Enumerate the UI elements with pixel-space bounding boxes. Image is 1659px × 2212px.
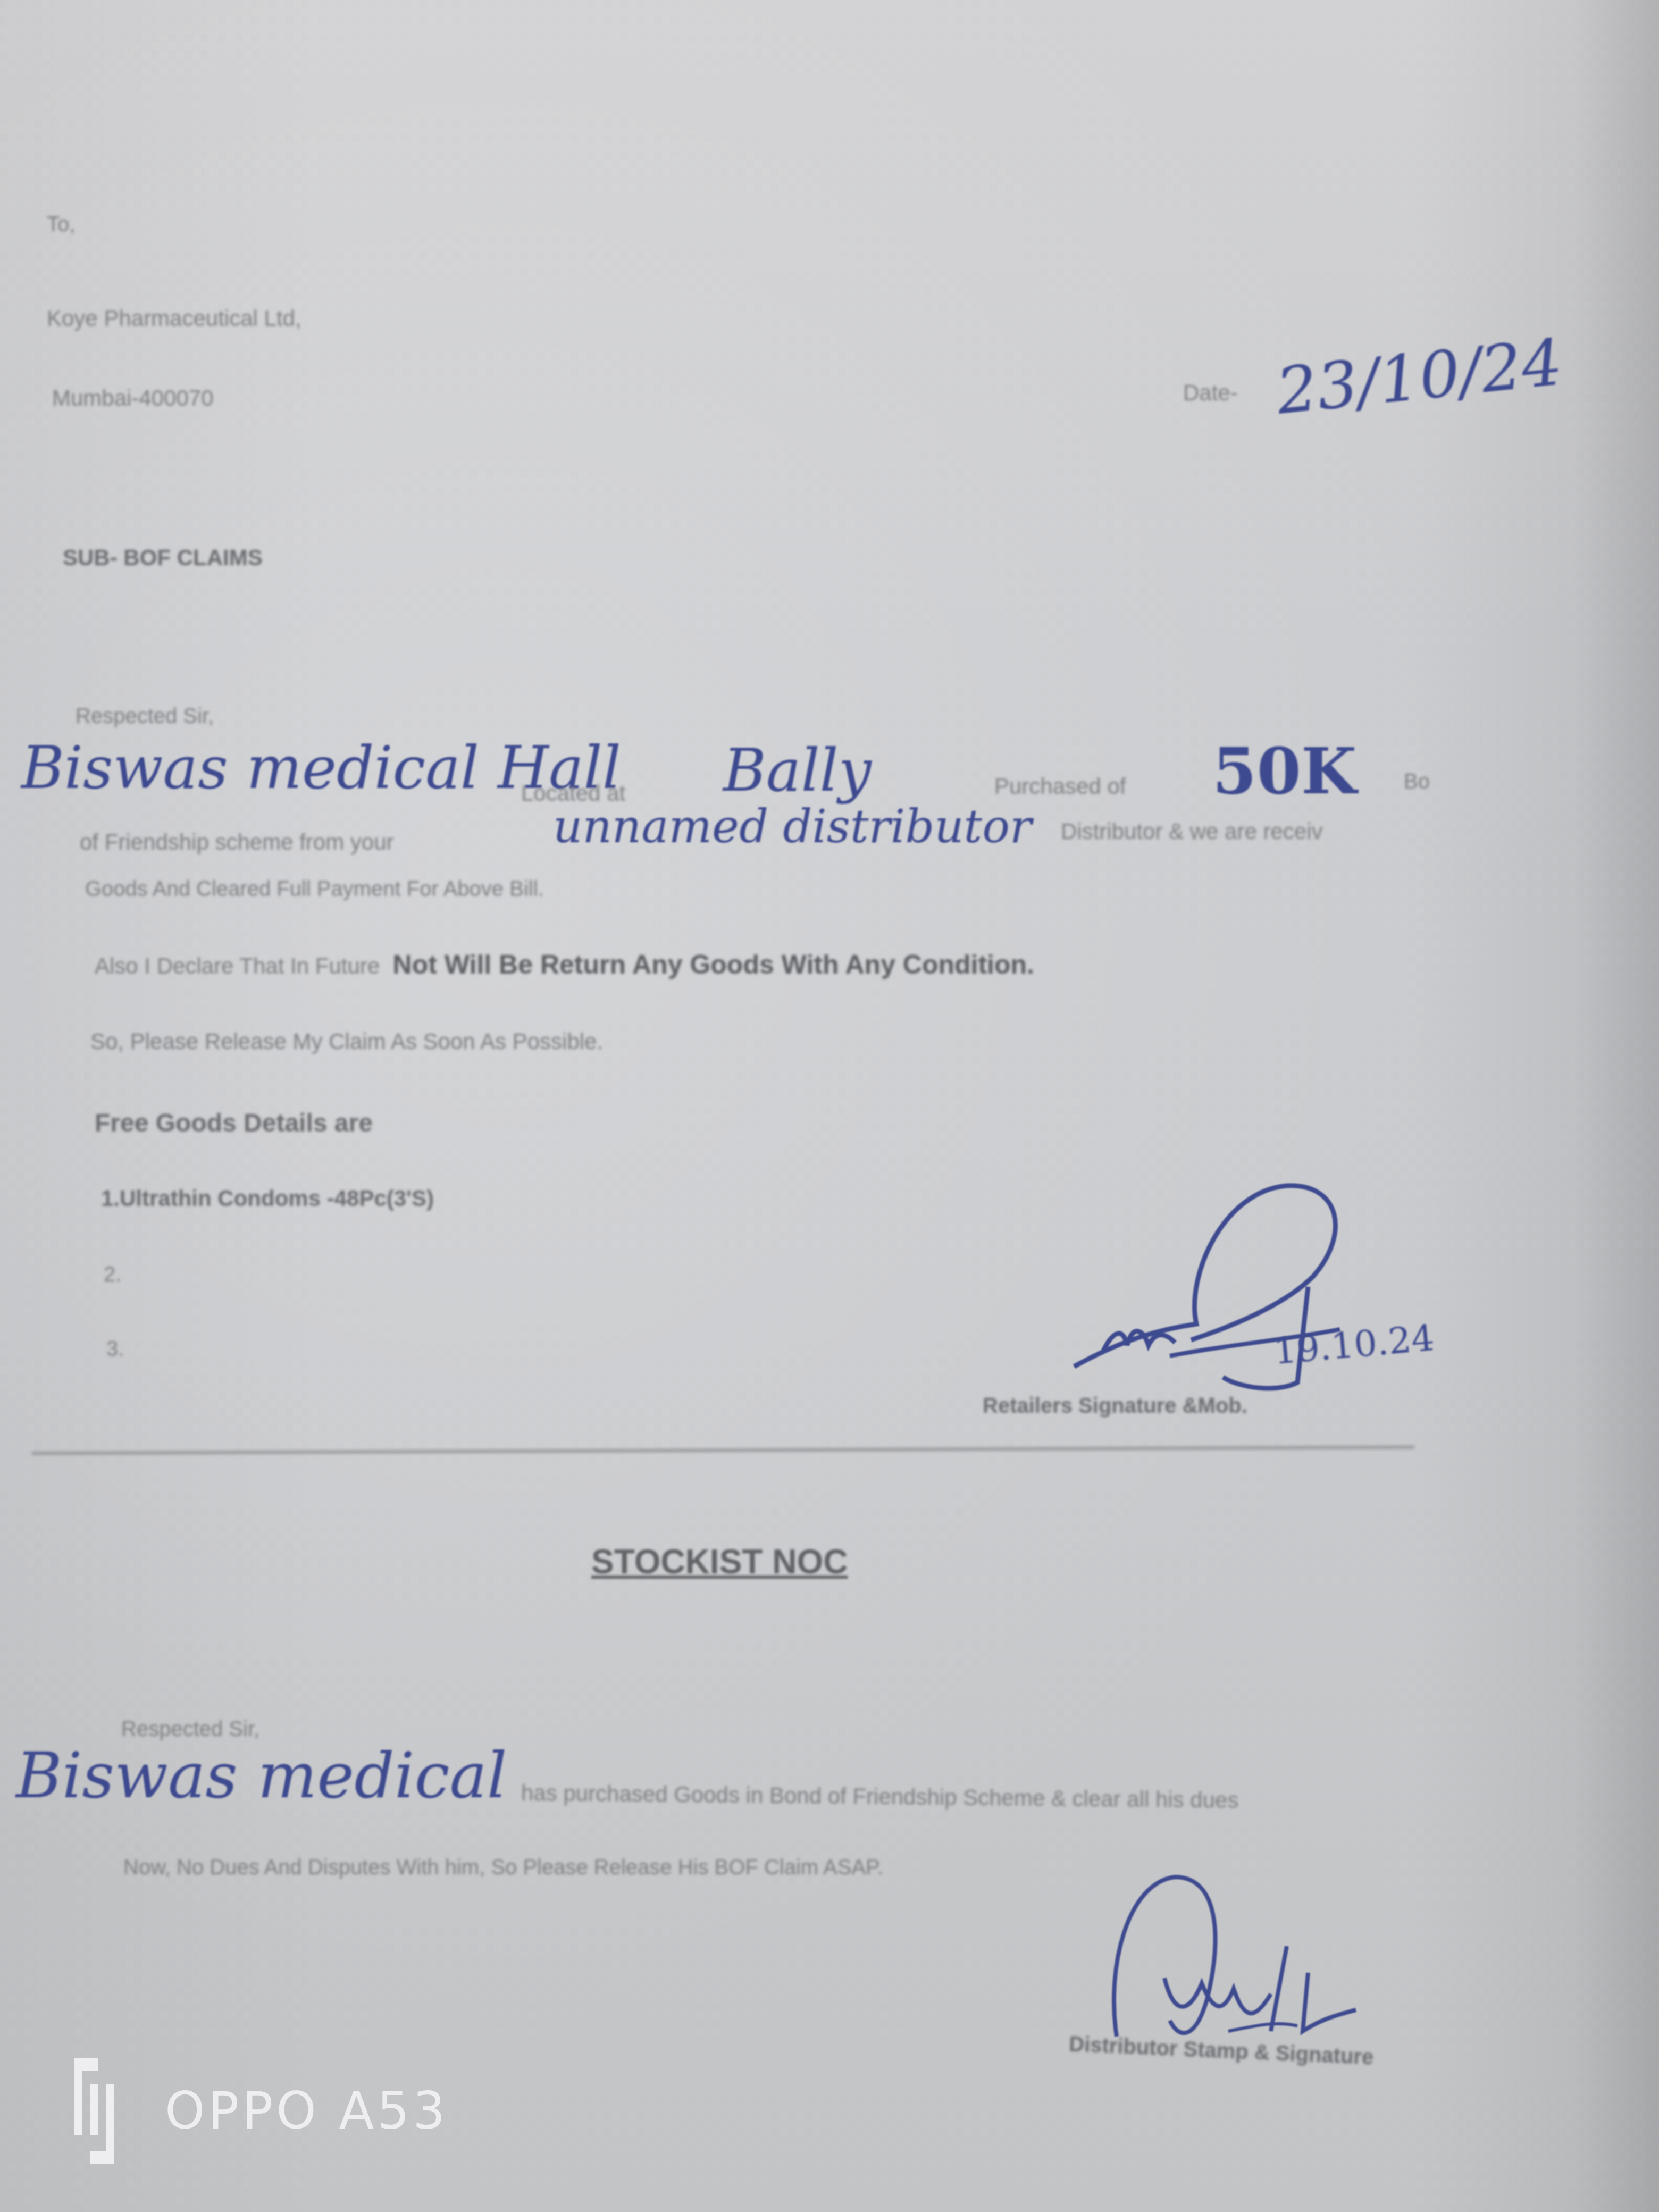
line2-suffix: Distributor & we are receiv <box>1061 819 1323 844</box>
declaration-line: Also I Declare That In Future Not Will B… <box>95 949 1034 980</box>
subject-line: SUB- BOF CLAIMS <box>63 545 263 571</box>
section-divider <box>32 1446 1414 1454</box>
retailer-signature-label: Retailers Signature &Mob. <box>983 1394 1247 1418</box>
free-goods-item-3: 3. <box>106 1337 124 1361</box>
amount-handwritten: 50K <box>1212 734 1356 809</box>
salutation: Respected Sir, <box>76 705 214 728</box>
recipient-city: Mumbai-400070 <box>52 386 214 411</box>
line3: Goods And Cleared Full Payment For Above… <box>85 877 544 901</box>
distributor-handwritten: unnamed distributor <box>553 800 1032 853</box>
camera-watermark: OPPO A53 <box>74 2058 448 2164</box>
recipient-to-label: To, <box>47 213 75 237</box>
noc-retailer-name-handwritten: Biswas medical <box>16 1739 507 1812</box>
declaration-bold: Not Will Be Return Any Goods With Any Co… <box>393 950 1034 979</box>
line2-prefix: of Friendship scheme from your <box>80 829 394 855</box>
date-label: Date- <box>1183 380 1238 406</box>
oppo-logo-icon <box>74 2058 117 2164</box>
purchased-of-label: Purchased of <box>994 774 1126 799</box>
free-goods-item-2: 2. <box>104 1263 121 1287</box>
noc-salutation: Respected Sir, <box>121 1717 259 1741</box>
line1-tail: Bo <box>1404 770 1430 794</box>
noc-line1: has purchased Goods in Bond of Friendshi… <box>521 1780 1239 1813</box>
date-value-handwritten: 23/10/24 <box>1273 325 1566 429</box>
paper-edge-shadow <box>1574 0 1659 2212</box>
stockist-noc-title: STOCKIST NOC <box>591 1542 848 1581</box>
camera-watermark-brand: OPPO A53 <box>165 2081 448 2141</box>
free-goods-item-1: 1.Ultrathin Condoms -48Pc(3'S) <box>101 1186 434 1211</box>
noc-line2: Now, No Dues And Disputes With him, So P… <box>123 1856 883 1880</box>
release-request: So, Please Release My Claim As Soon As P… <box>90 1029 603 1054</box>
free-goods-heading: Free Goods Details are <box>95 1109 373 1138</box>
recipient-company: Koye Pharmaceutical Ltd, <box>47 306 301 331</box>
location-handwritten: Bally <box>723 736 872 805</box>
declaration-prefix: Also I Declare That In Future <box>95 953 380 978</box>
